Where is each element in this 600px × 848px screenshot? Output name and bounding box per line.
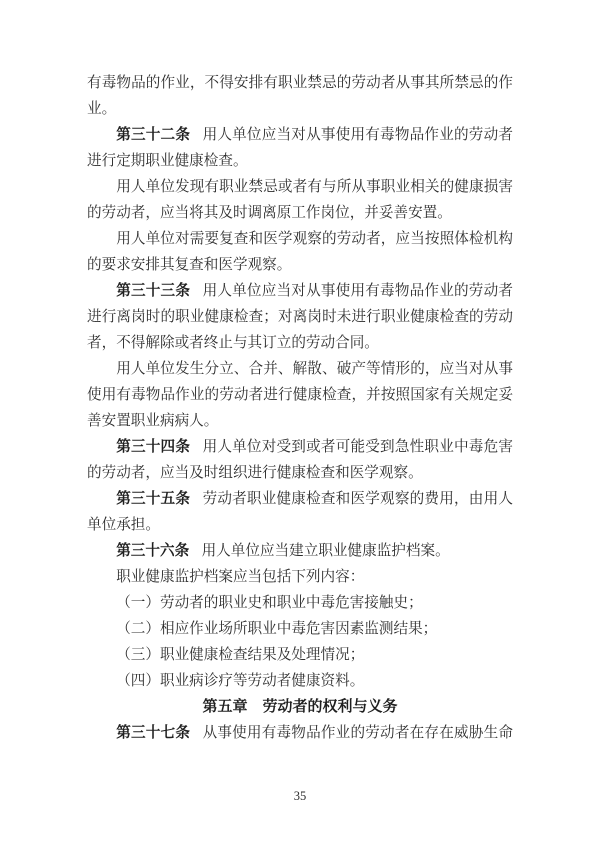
legal-paragraph-article: 第三十六条用人单位应当建立职业健康监护档案。: [87, 538, 513, 564]
paragraph-text: 用人单位发生分立、合并、解散、破产等情形的，应当对从事使用有毒物品作业的劳动者进…: [87, 361, 513, 429]
chapter-title: 劳动者的权利与义务: [263, 698, 398, 715]
list-item-text: （四）职业病诊疗等劳动者健康资料。: [116, 673, 364, 689]
legal-paragraph-article: 第三十七条从事使用有毒物品作业的劳动者在存在威胁生命: [87, 720, 513, 746]
article-number: 第三十三条: [116, 283, 190, 299]
list-item: （二）相应作业场所职业中毒危害因素监测结果；: [87, 616, 513, 642]
article-number: 第三十五条: [116, 491, 190, 507]
paragraph-text: 从事使用有毒物品作业的劳动者在存在威胁生命: [203, 725, 513, 741]
paragraph-text: 用人单位应当建立职业健康监护档案。: [202, 543, 450, 559]
list-item-text: （一）劳动者的职业史和职业中毒危害接触史；: [116, 595, 422, 611]
legal-paragraph: 用人单位对需要复查和医学观察的劳动者，应当按照体检机构的要求安排其复查和医学观察…: [87, 226, 513, 278]
list-item: （三）职业健康检查结果及处理情况；: [87, 642, 513, 668]
document-page: 有毒物品的作业，不得安排有职业禁忌的劳动者从事其所禁忌的作业。 第三十二条用人单…: [0, 0, 600, 848]
legal-paragraph: 有毒物品的作业，不得安排有职业禁忌的劳动者从事其所禁忌的作业。: [87, 70, 513, 122]
legal-paragraph: 职业健康监护档案应当包括下列内容：: [87, 564, 513, 590]
article-number: 第三十四条: [116, 439, 190, 455]
list-item-text: （二）相应作业场所职业中毒危害因素监测结果；: [116, 621, 437, 637]
legal-paragraph: 用人单位发现有职业禁忌或者有与所从事职业相关的健康损害的劳动者，应当将其及时调离…: [87, 174, 513, 226]
article-number: 第三十七条: [116, 725, 190, 741]
list-item: （四）职业病诊疗等劳动者健康资料。: [87, 668, 513, 694]
article-number: 第三十六条: [116, 543, 189, 559]
chapter-number: 第五章: [202, 698, 247, 715]
paragraph-text: 有毒物品的作业，不得安排有职业禁忌的劳动者从事其所禁忌的作业。: [87, 75, 513, 117]
paragraph-text: 职业健康监护档案应当包括下列内容：: [116, 569, 364, 585]
legal-paragraph-article: 第三十三条用人单位应当对从事使用有毒物品作业的劳动者进行离岗时的职业健康检查；对…: [87, 278, 513, 356]
chapter-heading: 第五章劳动者的权利与义务: [87, 694, 513, 720]
page-number: 35: [0, 789, 600, 804]
legal-paragraph-article: 第三十四条用人单位对受到或者可能受到急性职业中毒危害的劳动者，应当及时组织进行健…: [87, 434, 513, 486]
list-item: （一）劳动者的职业史和职业中毒危害接触史；: [87, 590, 513, 616]
legal-paragraph: 用人单位发生分立、合并、解散、破产等情形的，应当对从事使用有毒物品作业的劳动者进…: [87, 356, 513, 434]
document-body: 有毒物品的作业，不得安排有职业禁忌的劳动者从事其所禁忌的作业。 第三十二条用人单…: [87, 70, 513, 746]
paragraph-text: 用人单位发现有职业禁忌或者有与所从事职业相关的健康损害的劳动者，应当将其及时调离…: [87, 179, 513, 221]
legal-paragraph-article: 第三十五条劳动者职业健康检查和医学观察的费用，由用人单位承担。: [87, 486, 513, 538]
article-number: 第三十二条: [116, 127, 190, 143]
legal-paragraph-article: 第三十二条用人单位应当对从事使用有毒物品作业的劳动者进行定期职业健康检查。: [87, 122, 513, 174]
list-item-text: （三）职业健康检查结果及处理情况；: [116, 647, 364, 663]
paragraph-text: 用人单位对需要复查和医学观察的劳动者，应当按照体检机构的要求安排其复查和医学观察…: [87, 231, 513, 273]
